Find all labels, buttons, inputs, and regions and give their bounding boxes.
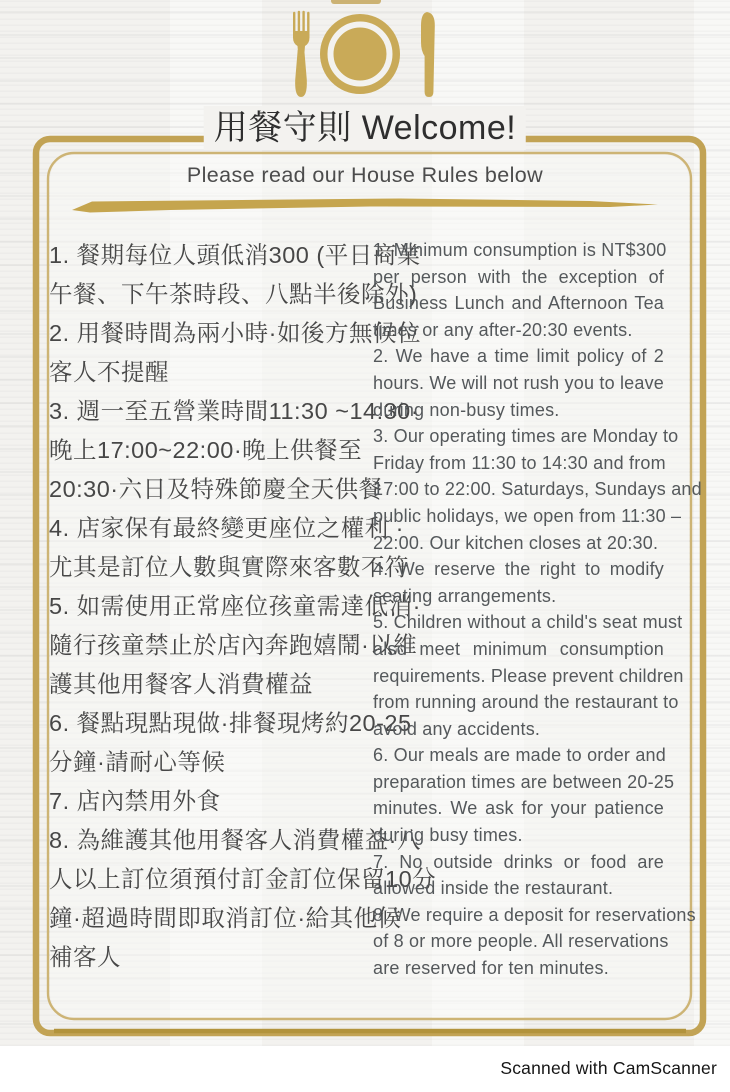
rule-line-en: 1. Minimum consumption is NT$300: [373, 237, 664, 264]
rule-line-en: preparation times are between 20-25: [373, 769, 664, 796]
rule-line-en: during busy times.: [373, 822, 664, 849]
rule-line-en: seating arrangements.: [373, 583, 664, 610]
rule-line-en: 8. We require a deposit for reservations: [373, 902, 664, 929]
rule-line-en: Business Lunch and Afternoon Tea: [373, 290, 664, 317]
rule-line-zh: 補客人: [49, 938, 365, 977]
rule-line-en: also meet minimum consumption: [373, 636, 664, 663]
rule-line-en: requirements. Please prevent children: [373, 663, 664, 690]
fork-plate-knife-icon: [277, 4, 447, 106]
camscanner-watermark: Scanned with CamScanner: [500, 1058, 717, 1079]
rule-line-zh: 1. 餐期每位人頭低消300 (平日商業: [49, 236, 365, 275]
rule-line-zh: 4. 店家保有最終變更座位之權利 ·: [49, 509, 365, 548]
rule-line-en: 22:00. Our kitchen closes at 20:30.: [373, 530, 664, 557]
rule-line-zh: 8. 為維護其他用餐客人消費權益·八: [49, 821, 365, 860]
rule-line-en: 3. Our operating times are Monday to: [373, 423, 664, 450]
rule-line-en: hours. We will not rush you to leave: [373, 370, 664, 397]
rule-line-zh: 2. 用餐時間為兩小時·如後方無候位: [49, 314, 365, 353]
rule-line-en: from running around the restaurant to: [373, 689, 664, 716]
rule-line-en: 5. Children without a child's seat must: [373, 609, 664, 636]
rule-line-zh: 5. 如需使用正常座位孩童需達低消·: [49, 587, 365, 626]
rule-line-en: per person with the exception of: [373, 264, 664, 291]
rule-line-zh: 午餐、下午茶時段、八點半後除外): [49, 275, 365, 314]
rule-line-en: 17:00 to 22:00. Saturdays, Sundays and: [373, 476, 664, 503]
rules-column-chinese: 1. 餐期每位人頭低消300 (平日商業午餐、下午茶時段、八點半後除外)2. 用…: [49, 236, 365, 977]
fork-icon: [293, 12, 310, 97]
rules-column-english: 1. Minimum consumption is NT$300per pers…: [373, 237, 664, 982]
rule-line-en: Friday from 11:30 to 14:30 and from: [373, 450, 664, 477]
rule-line-en: during non-busy times.: [373, 397, 664, 424]
rule-line-en: are reserved for ten minutes.: [373, 955, 664, 982]
rule-line-zh: 護其他用餐客人消費權益: [49, 665, 365, 704]
rule-line-en: avoid any accidents.: [373, 716, 664, 743]
rule-line-zh: 7. 店內禁用外食: [49, 782, 365, 821]
rule-line-en: 7. No outside drinks or food are: [373, 849, 664, 876]
rule-line-zh: 3. 週一至五營業時間11:30 ~14:30·: [49, 392, 365, 431]
rule-line-zh: 鐘·超過時間即取消訂位·給其他候: [49, 899, 365, 938]
scanned-house-rules-page: 用餐守則 Welcome! Please read our House Rule…: [0, 0, 730, 1092]
rule-line-zh: 分鐘·請耐心等候: [49, 743, 365, 782]
rule-line-en: 4. We reserve the right to modify: [373, 556, 664, 583]
rule-line-zh: 尤其是訂位人數與實際來客數不符: [49, 548, 365, 587]
rule-line-en: times or any after-20:30 events.: [373, 317, 664, 344]
rule-line-en: public holidays, we open from 11:30 –: [373, 503, 664, 530]
knife-icon: [421, 12, 435, 97]
plate-icon: [320, 14, 400, 94]
rule-line-zh: 隨行孩童禁止於店內奔跑嬉鬧·以維: [49, 626, 365, 665]
rule-line-zh: 6. 餐點現點現做·排餐現烤約20-25: [49, 704, 365, 743]
page-title: 用餐守則 Welcome!: [204, 106, 526, 150]
scanner-footer-band: Scanned with CamScanner: [0, 1046, 730, 1092]
rule-line-zh: 客人不提醒: [49, 353, 365, 392]
brush-stroke-divider: [70, 198, 660, 216]
rule-line-en: minutes. We ask for your patience: [373, 795, 664, 822]
rule-line-en: 6. Our meals are made to order and: [373, 742, 664, 769]
rule-line-zh: 20:30·六日及特殊節慶全天供餐: [49, 470, 365, 509]
page-subtitle: Please read our House Rules below: [0, 163, 730, 188]
rule-line-zh: 人以上訂位須預付訂金訂位保留10分: [49, 860, 365, 899]
rule-line-en: of 8 or more people. All reservations: [373, 928, 664, 955]
rule-line-en: 2. We have a time limit policy of 2: [373, 343, 664, 370]
rule-line-en: allowed inside the restaurant.: [373, 875, 664, 902]
rule-line-zh: 晚上17:00~22:00·晚上供餐至: [49, 431, 365, 470]
